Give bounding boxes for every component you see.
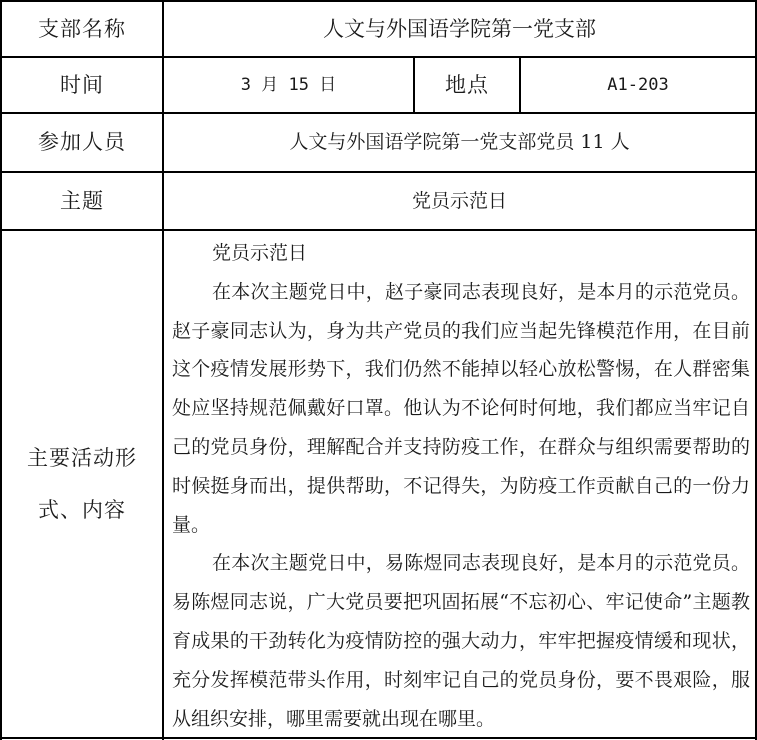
branch-name-label: 支部名称 [2,2,162,56]
time-value: 3 月 15 日 [164,58,413,112]
activity-label: 主要活动形 式、内容 [2,231,162,737]
theme-label: 主题 [2,173,162,229]
activity-heading: 党员示范日 [172,234,750,273]
participants-label: 参加人员 [2,114,162,171]
place-label: 地点 [415,58,519,112]
activity-content: 党员示范日 在本次主题党日中，赵子豪同志表现良好，是本月的示范党员。赵子豪同志认… [172,234,750,738]
branch-name-value: 人文与外国语学院第一党支部 [164,2,755,56]
place-value: A1-203 [521,58,755,112]
activity-paragraph: 在本次主题党日中，赵子豪同志表现良好，是本月的示范党员。赵子豪同志认为，身为共产… [172,273,750,545]
activity-label-line1: 主要活动形 [12,432,152,484]
activity-paragraph: 在本次主题党日中，易陈煜同志表现良好，是本月的示范党员。易陈煜同志说，广大党员要… [172,544,750,738]
theme-value: 党员示范日 [164,173,755,229]
participants-value: 人文与外国语学院第一党支部党员 11 人 [164,114,755,171]
meeting-record-table: 支部名称 人文与外国语学院第一党支部 时间 3 月 15 日 地点 A1-203… [0,0,757,740]
activity-label-line2: 式、内容 [12,484,152,536]
time-label: 时间 [2,58,162,112]
